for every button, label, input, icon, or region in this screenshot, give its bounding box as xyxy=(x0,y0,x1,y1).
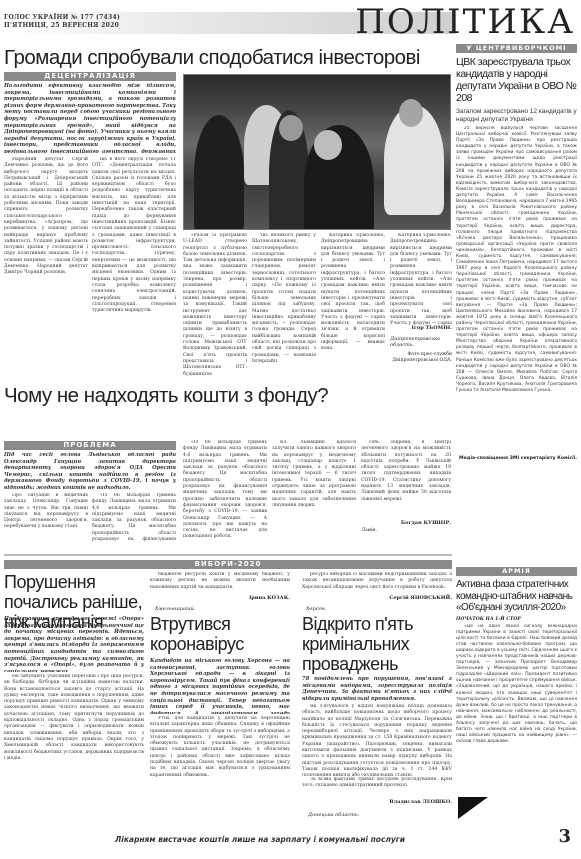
masthead-info: ГОЛОС УКРАЇНИ № 177 (7434) П'ЯТНИЦЯ, 25 … xyxy=(4,14,120,30)
paper-date: П'ЯТНИЦЯ, 25 ВЕРЕСНЯ 2020 xyxy=(4,22,120,30)
article5-lead: 78 повідомлень про порушення, пов'язані … xyxy=(302,676,452,702)
article2-col4-wrap: собі. Зокрема, в Центрі легеневого здоро… xyxy=(361,440,451,550)
article3-col2: бюджетні ресурсні кошти у місцевому бюдж… xyxy=(150,572,290,592)
army-body: «Це не одна ланка сигналу міжнародної пі… xyxy=(456,624,577,802)
article1-photo-credit: Фото прес-служби Дніпропетровської ОДА. xyxy=(390,352,452,365)
army-rubric: АРМІЯ xyxy=(456,567,577,576)
article5-body: Як з'ясувалося у відділі комунікації пол… xyxy=(302,704,452,776)
article1-col2: що в його окрузі створено 11 ОТГ. «Децен… xyxy=(92,157,176,377)
article1-credits: Катерина Єрмоленко, Дніпропетровщина вир… xyxy=(390,233,452,383)
article3-place: Хмельницький. xyxy=(155,606,195,613)
article1-col3: «Разом із програмою U-LEAD створено геоп… xyxy=(183,233,247,378)
article4-headline: Втрутився коронавірус xyxy=(150,614,290,654)
article1-lead: Налагодити ефективну взаємодію між бізне… xyxy=(4,83,176,153)
article4-col-top: ресурсі виборців із масовими недотриманн… xyxy=(302,572,452,592)
sidebar-headline: ЦВК зареєструвала трьох кандидатів у нар… xyxy=(456,56,577,104)
article1-col5: Катерина Єрмоленко, Дніпропетровщина вир… xyxy=(321,233,385,378)
article2-headline: Чому не надходять кошти з фонду? xyxy=(4,384,328,408)
article1-place: Дніпропетровська область. xyxy=(390,336,452,349)
article2-col3: Кл. Львівщині вдалося залучити одного ва… xyxy=(272,440,356,543)
divider xyxy=(4,554,452,556)
article2-lead: Під час сесії голова Львівської обласної… xyxy=(4,452,176,492)
article3-body: Не забувають учасники перегонів і про ін… xyxy=(4,674,144,822)
article2-place: Львів. xyxy=(361,527,451,534)
article1-col1: Народний депутат Сергій Демченко розпові… xyxy=(4,157,88,377)
article2-col1: Про ситуацію в медичних закладах Олексан… xyxy=(4,493,88,543)
article4-body: Утім, для кандидатів у депутати на Херсо… xyxy=(150,716,290,822)
article4-place: Херсон. xyxy=(306,606,326,613)
article2-col2: «Із 66 мільярдів гривень фонду Львівщина… xyxy=(92,493,176,543)
article5-place: Донецька область. xyxy=(308,812,359,819)
article1-rubric: ДЕЦЕНТРАЛІЗАЦІЯ xyxy=(4,72,176,81)
article1-col4: тис великого ринку у Шатоволянському, см… xyxy=(252,233,316,378)
article1-headline: Громади спробували сподобатися інвесторо… xyxy=(4,46,420,70)
elections-rubric: ВИБОРИ-2020 xyxy=(4,560,452,569)
sidebar-cvk: У ЦЕНТРВИБОРЧКОМІ ЦВК зареєструвала трьо… xyxy=(456,44,577,463)
article1-photo xyxy=(183,74,451,230)
article4-lead: Кандидат на міського голову Херсона — на… xyxy=(150,658,290,714)
section-title: ПОЛІТИКА xyxy=(355,4,575,40)
army-headline: Активна фаза стратегічних командно-штабн… xyxy=(456,579,577,614)
sidebar-rubric: У ЦЕНТРВИБОРЧКОМІ xyxy=(456,44,577,53)
article5-closing: За всіма фактами триває досудове розслід… xyxy=(302,777,452,795)
sidebar-subhead: Загалом зареєстровано 12 кандидатів у на… xyxy=(456,108,577,124)
article1-signature: Ігор ТЬОМІН. xyxy=(390,325,452,332)
army-kicker: ПОЧАТОК НА 1-Й СТОР xyxy=(456,617,577,622)
sidebar-army: АРМІЯ Активна фаза стратегічних командно… xyxy=(456,567,577,802)
article5-signature: Владислав ЛЕОШКО. xyxy=(302,799,452,806)
article5-headline: Відкрито п'ять кримінальних проваджень xyxy=(302,614,452,674)
article4-signature: Сергій ЯНОВСЬКИЙ. xyxy=(302,595,452,602)
footer-tagline: Лікарням вистачає коштів лише на зарплат… xyxy=(0,835,520,844)
article3-lead: Представники громадської мережі «Опора» … xyxy=(4,616,144,672)
page-fold-corner xyxy=(458,797,488,819)
sidebar-source: Медіа-сповіщення ЗМІ секретаріату Комісі… xyxy=(456,456,577,463)
article3-signature: Ірина КОЗАК. xyxy=(150,595,290,602)
paper-issue: ГОЛОС УКРАЇНИ № 177 (7434) xyxy=(4,14,120,22)
article2-col2b: «Із 66 мільярдів гривень фонду Львівщина… xyxy=(183,440,267,543)
page-number: 3 xyxy=(558,826,571,847)
sidebar-body: 25 вересня відбулося чергове засідання Ц… xyxy=(456,126,577,456)
article2-rubric: ПРОБЛЕМА xyxy=(4,441,176,450)
